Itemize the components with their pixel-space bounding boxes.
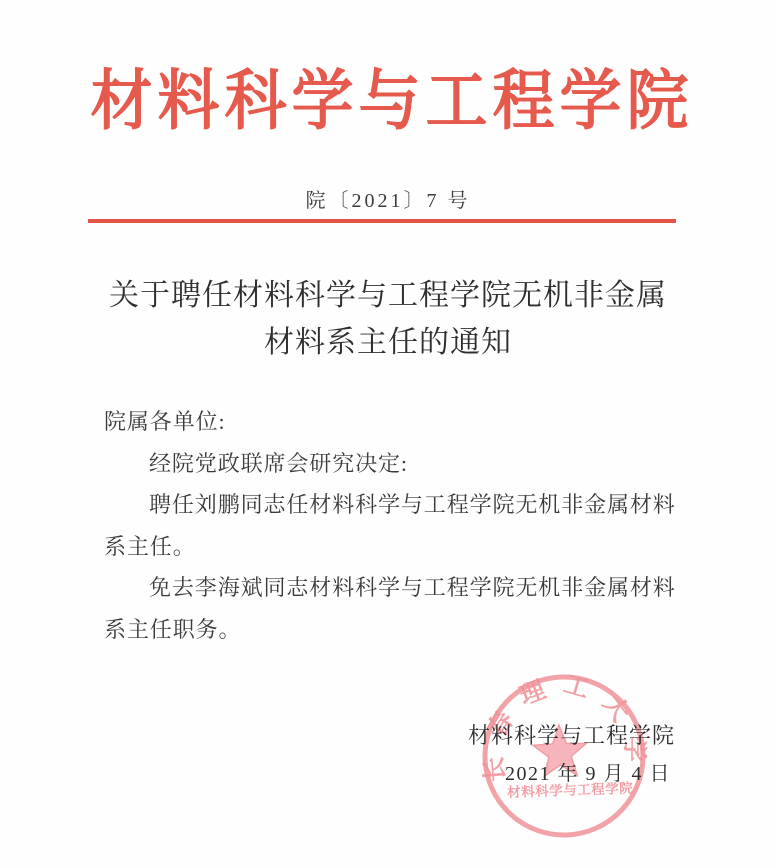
body-line: 免去李海斌同志材料科学与工程学院无机非金属材料	[104, 567, 676, 609]
letterhead-title: 材料科学与工程学院	[0, 60, 776, 144]
signature-date: 2021 年 9 月 4 日	[505, 757, 671, 786]
notice-title: 关于聘任材料科学与工程学院无机非金属 材料系主任的通知	[0, 272, 776, 366]
body-paragraphs: 院属各单位:经院党政联席会研究决定:聘任刘鹏同志任材料科学与工程学院无机非金属材…	[104, 401, 676, 651]
document-page: 材料科学与工程学院 院〔2021〕7 号 关于聘任材料科学与工程学院无机非金属 …	[0, 0, 776, 868]
official-seal-stamp: 长春理工大学 材料科学与工程学院	[476, 668, 652, 844]
doc-number: 院〔2021〕7 号	[0, 184, 776, 213]
body-line: 系主任。	[104, 526, 676, 568]
body-line: 系主任职务。	[104, 609, 676, 651]
body-line: 聘任刘鹏同志任材料科学与工程学院无机非金属材料	[104, 484, 676, 526]
notice-title-line2: 材料系主任的通知	[0, 319, 776, 366]
body-line: 院属各单位:	[104, 401, 676, 443]
body-line: 经院党政联席会研究决定:	[104, 443, 676, 485]
red-divider-line	[88, 219, 676, 223]
notice-title-line1: 关于聘任材料科学与工程学院无机非金属	[0, 272, 776, 319]
signature-name: 材料科学与工程学院	[468, 719, 675, 750]
